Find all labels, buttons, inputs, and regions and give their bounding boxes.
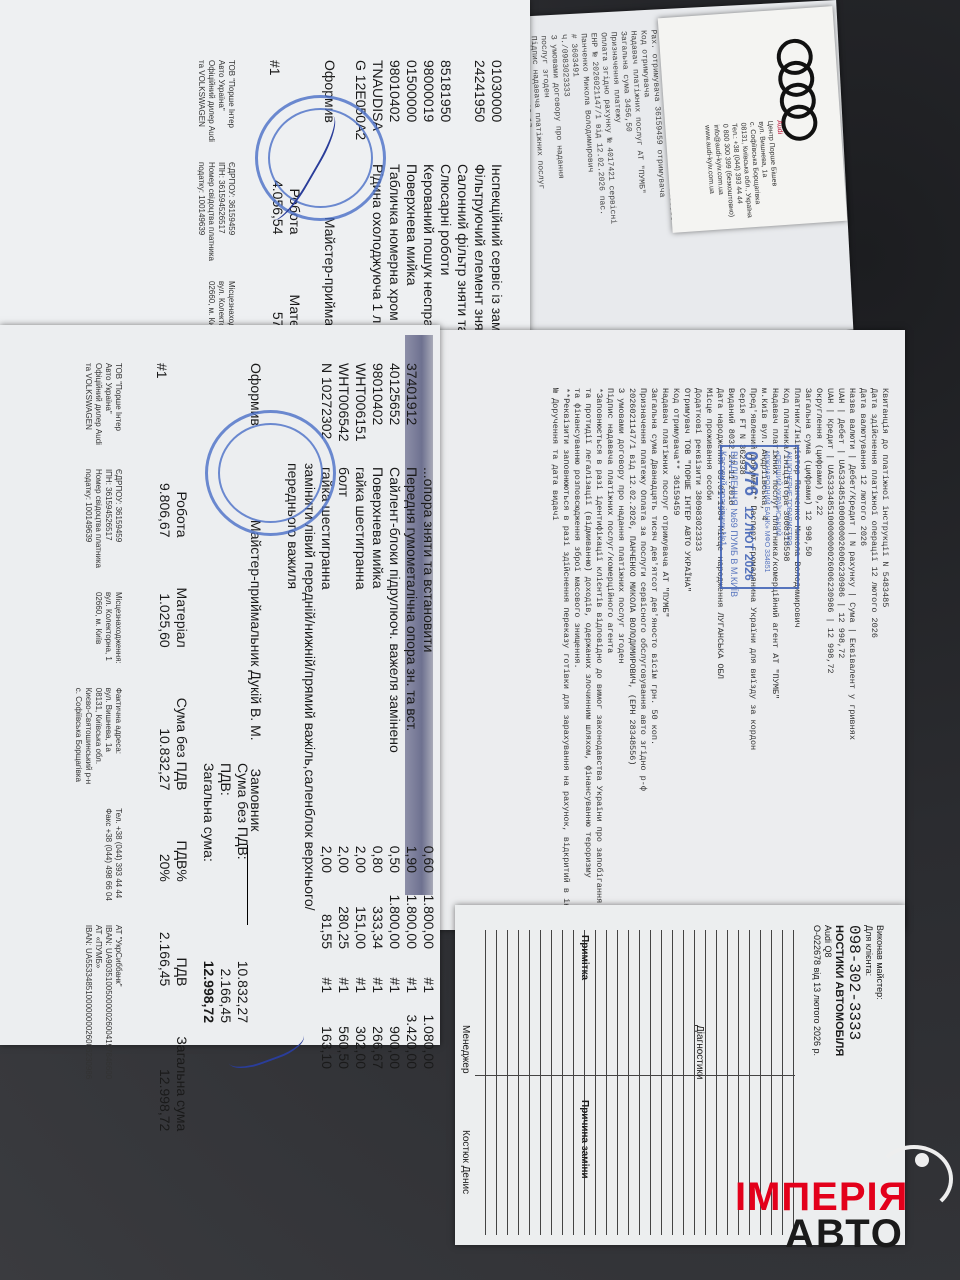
receipt-line: Надавач платіжних послуг отримувача АТ "… bbox=[659, 388, 670, 964]
receipt-line: Дата здійснення платіжної операції 12 лю… bbox=[868, 388, 879, 964]
diagnostic-meta: Виконав майстер: Для клієнта: 098-302-33… bbox=[811, 925, 885, 1056]
receipt-line: Дата валютування 12 лютого 2026 bbox=[857, 388, 868, 964]
bank-stamp: АКЦІОНЕРНЕ ТОВАРИСТВО «ПЕРШИЙ УКРАЇНСЬКИ… bbox=[720, 445, 799, 589]
receipt-line: Округлення (цифрами) 0,22 bbox=[813, 388, 824, 964]
bank-receipt-sheet: Квитанція до платіжної інструкції N 5483… bbox=[435, 330, 905, 930]
receipt-line: Код отримувача** 36159459 bbox=[670, 388, 681, 964]
receipt-line: Квитанція до платіжної інструкції N 5483… bbox=[879, 388, 890, 964]
receipt-line: **Реквізити заповнюються в разі здійснен… bbox=[560, 388, 571, 964]
card-contacts: Audi Центр Порше Бішев вул. Вишнева, 1ас… bbox=[702, 120, 789, 221]
receipt-line: Підпис надавача платіжних послуг/комерці… bbox=[604, 388, 615, 964]
receipt-line: Назва валюти | Дебет/Кредит | N рахунку … bbox=[846, 388, 857, 964]
receipt-line: З умовами договору про надання платіжних… bbox=[615, 388, 626, 964]
invoice-row: 98010402Поверхнева мийка0,80333,34#1266,… bbox=[369, 363, 386, 1131]
receipt-line: Загальна сума (цифрами) 12 998,50 bbox=[802, 388, 813, 964]
invoice-row: WHT006151гайка шестигранна2,00151,00#130… bbox=[352, 363, 369, 1131]
receipt-line: Отримувач ТОВ "ПОРШЕ ІНТЕР АВТО УКРАЇНА" bbox=[681, 388, 692, 964]
receipt-line: UAH | Дебет | UA533485100000002600623098… bbox=[835, 388, 846, 964]
invoice-summary: Сума без ПДВ:10.832,27 ПДВ:2.166,45 Зага… bbox=[200, 763, 251, 1131]
receipt-line: Додаткові реквізити 380983023333 bbox=[692, 388, 703, 964]
invoice-row: WHT006542болт2,00280,25#1560,50 bbox=[335, 363, 352, 1131]
invoice-row: 37401912Передня гумометалічна опора зн. … bbox=[403, 363, 420, 1131]
receipt-line: *Заповнюється в разі ідентифікації клієн… bbox=[593, 388, 604, 964]
receipt-line: та протидії легалізації (відмиванню) дох… bbox=[582, 388, 593, 964]
client-phone: 098-302-3333 bbox=[848, 925, 859, 1056]
invoice-row: 40125652Сайлент-блоки підрулюоч. важеля … bbox=[386, 363, 403, 1131]
audi-business-card: Audi Центр Порше Бішев вул. Вишнева, 1ас… bbox=[658, 6, 848, 233]
master-label: Майстер-приймальник Дукій В. М. bbox=[247, 520, 264, 741]
invoice-row: ...опора зняти та встановити0,601.800,00… bbox=[420, 363, 437, 1131]
payment-receipt-text: Реквізити: UA533348510000000026006230986… bbox=[508, 29, 678, 229]
receipt-line: Загальна сума Дванадцять тисяч дев'ятсот… bbox=[648, 388, 659, 964]
company-stamp bbox=[205, 410, 336, 536]
invoice-main-sheet: ...опора зняти та встановити0,601.800,00… bbox=[0, 325, 440, 1045]
invoice-top-sheet: 01030000Інспекційний сервіс із заміною м… bbox=[0, 0, 530, 340]
receipt-line: UAH | Кредит | UA53334851000000002600623… bbox=[824, 388, 835, 964]
receipt-line: Місце проживання особи bbox=[703, 388, 714, 964]
delivery-label: № Доручення та дата видачі bbox=[549, 388, 560, 964]
receipt-line: та фінансуванню розповсюдження зброї мас… bbox=[571, 388, 582, 964]
receipt-line: 2026021147/1 від 12.02.2026, ПАНЧЕНКО МИ… bbox=[626, 388, 637, 964]
imperia-avto-logo: ІМПЕРІЯ АВТО bbox=[735, 1175, 945, 1260]
receipt-line: Призначення платежу Оплата за послуги се… bbox=[637, 388, 648, 964]
